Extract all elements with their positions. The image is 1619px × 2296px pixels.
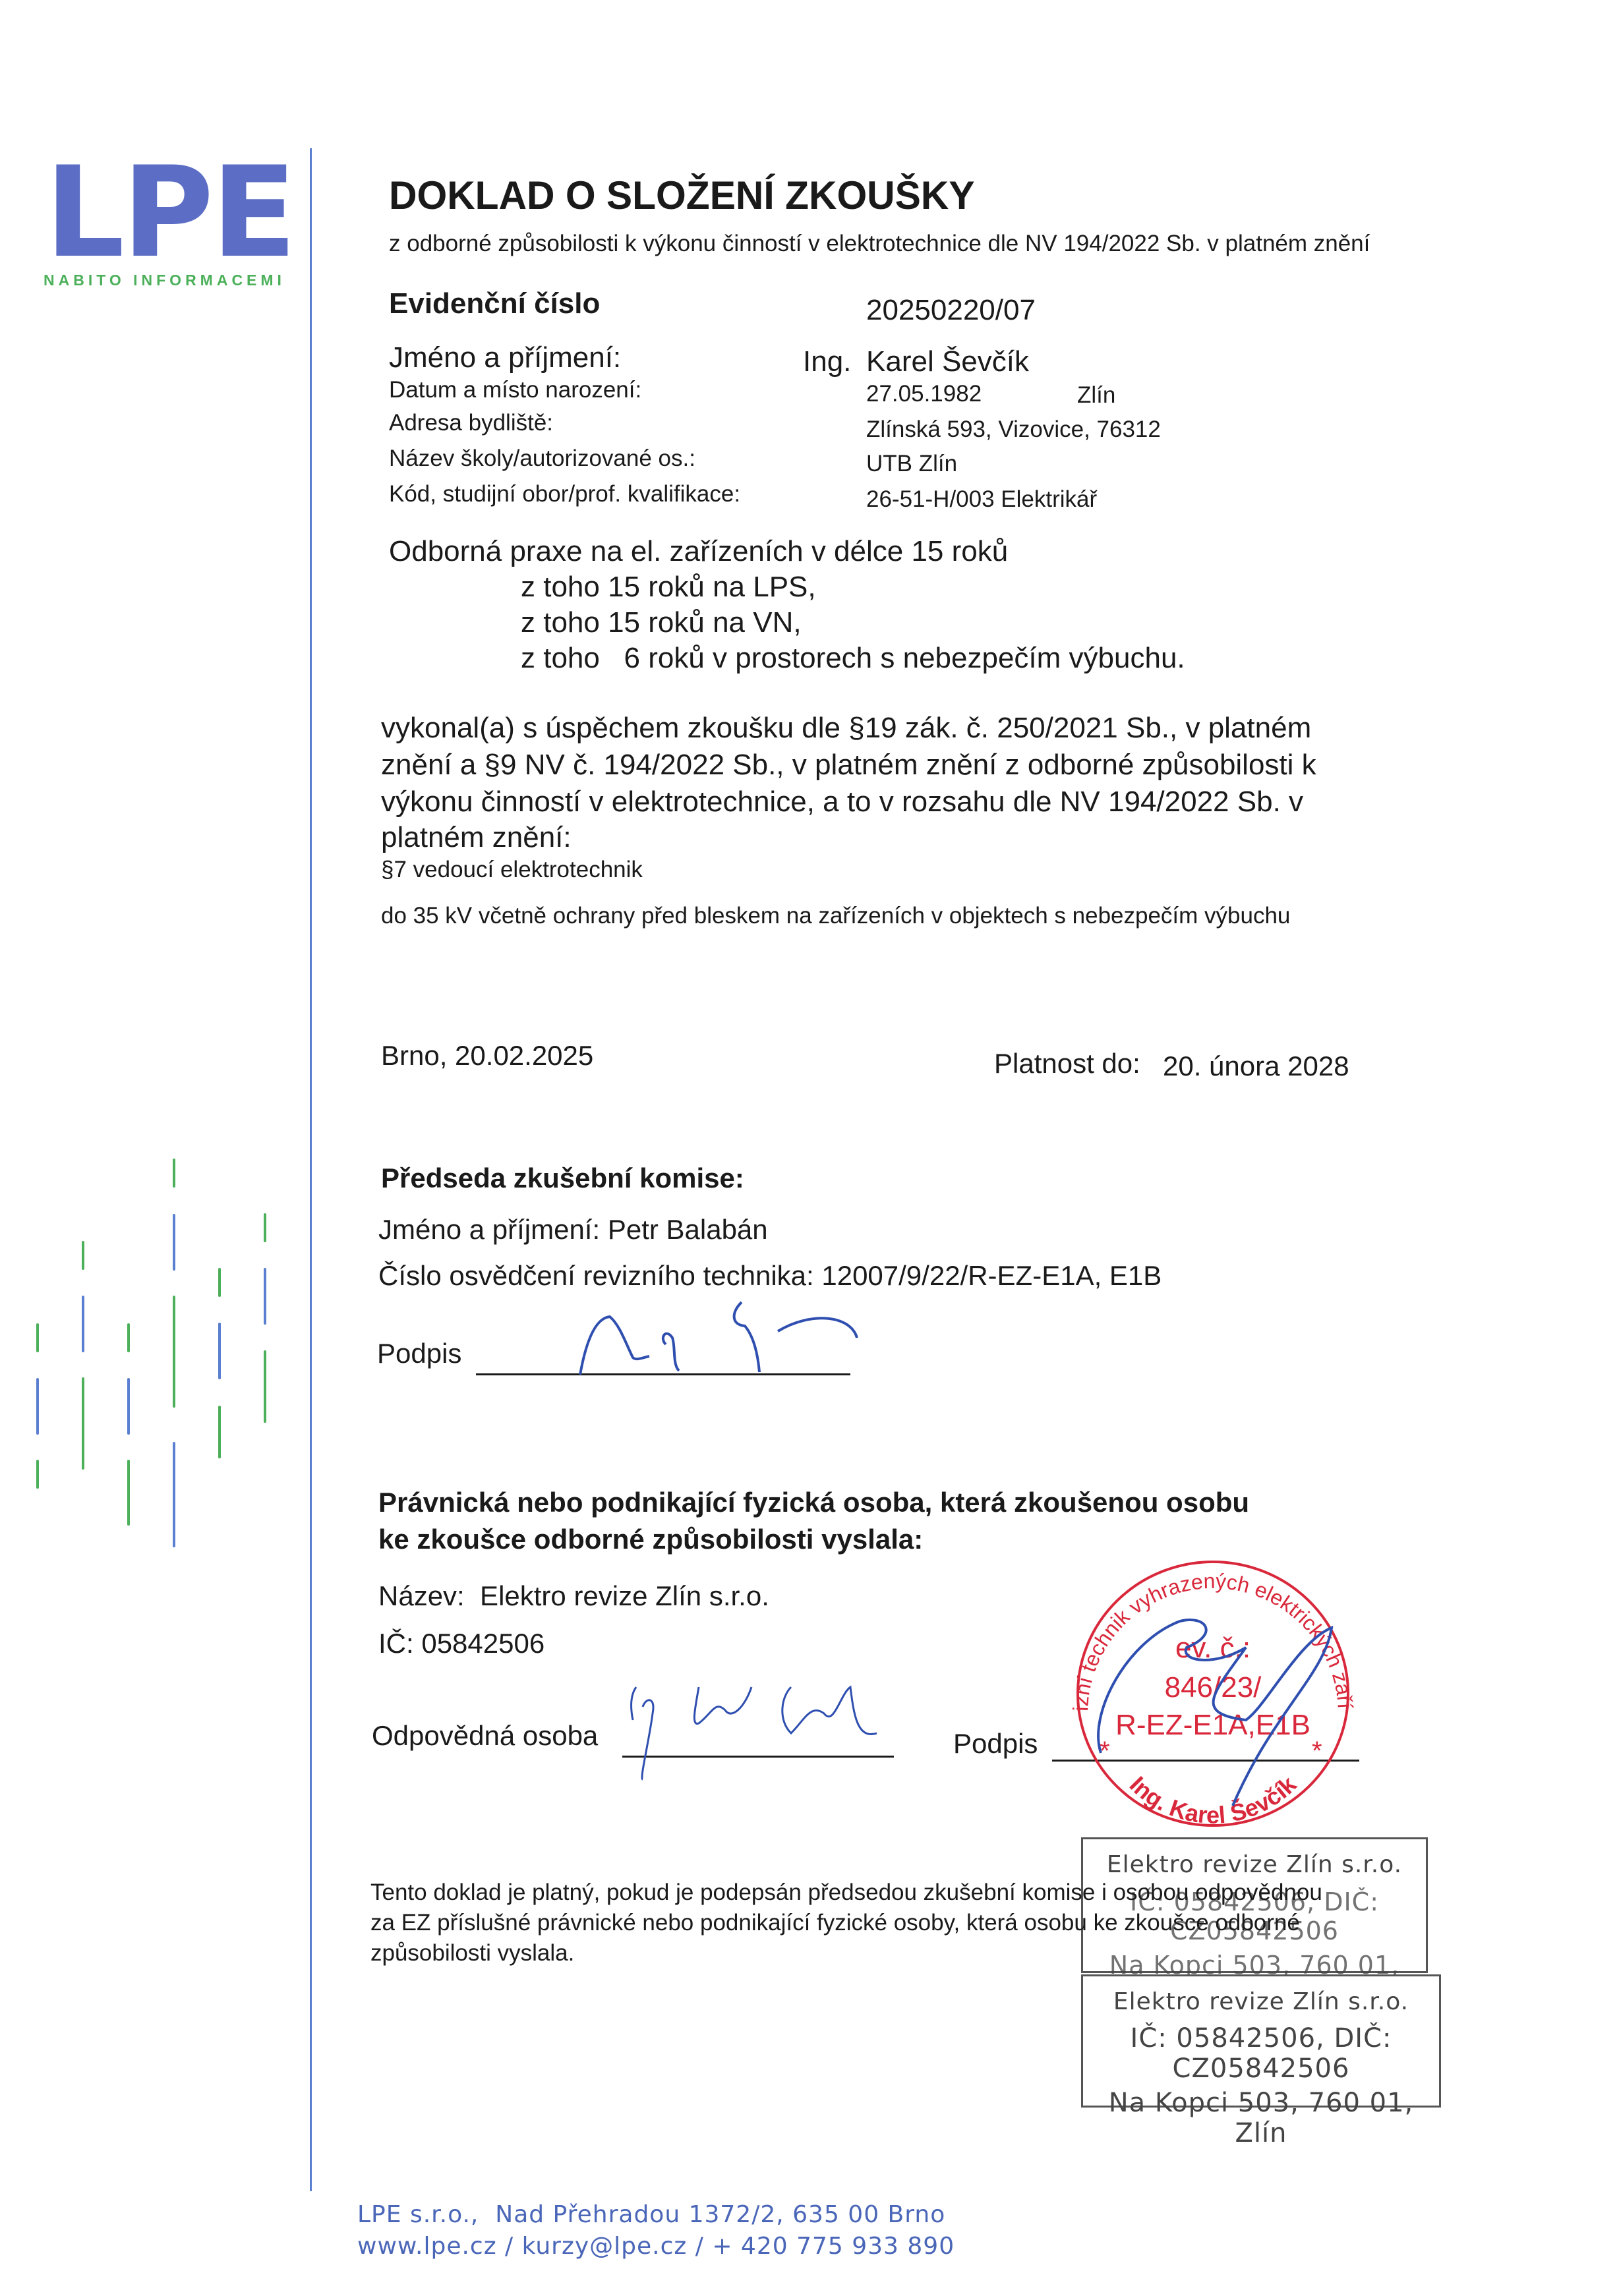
footer-address: LPE s.r.o., Nad Přehradou 1372/2, 635 00… bbox=[357, 2201, 945, 2228]
validity-note-line: Tento doklad je platný, pokud je podepsá… bbox=[370, 1880, 1322, 1906]
extent-text: do 35 kV včetně ochrany před bleskem na … bbox=[381, 903, 1290, 929]
code-label: Kód, studijní obor/prof. kvalifikace: bbox=[389, 481, 740, 507]
name-value: Karel Ševčík bbox=[866, 345, 1029, 378]
company-stamp-name: Elektro revize Zlín s.r.o. bbox=[1083, 1851, 1426, 1878]
round-stamp: Revizní technik vyhrazených elektrických… bbox=[1048, 1542, 1378, 1832]
company-stamp-address: Na Kopci 503, 760 01, Zlín bbox=[1083, 2088, 1439, 2148]
deco-bar bbox=[173, 1214, 175, 1271]
logo-tagline: NABITO INFORMACEMI bbox=[44, 272, 285, 289]
evidence-number-value: 20250220/07 bbox=[866, 294, 1036, 327]
deco-bar bbox=[127, 1460, 130, 1526]
vertical-divider bbox=[310, 148, 312, 2191]
responsible-person-line bbox=[622, 1756, 894, 1758]
deco-bar bbox=[82, 1377, 84, 1470]
deco-bar bbox=[127, 1378, 130, 1435]
chairman-name: Jméno a příjmení: Petr Balabán bbox=[378, 1214, 768, 1246]
deco-bar bbox=[36, 1460, 39, 1489]
company-stamp-ids: IČ: 05842506, DIČ: CZ05842506 bbox=[1083, 2023, 1439, 2084]
birth-date: 27.05.1982 bbox=[866, 381, 982, 407]
chairman-certificate: Číslo osvědčení revizního technika: 1200… bbox=[378, 1260, 1162, 1292]
statement-line: výkonu činností v elektrotechnice, a to … bbox=[381, 786, 1303, 818]
deco-bar bbox=[218, 1406, 221, 1458]
issue-place-date: Brno, 20.02.2025 bbox=[381, 1040, 593, 1072]
document-title: DOKLAD O SLOŽENÍ ZKOUŠKY bbox=[389, 173, 975, 218]
birth-place: Zlín bbox=[1077, 382, 1115, 409]
code-value: 26-51-H/003 Elektrikář bbox=[866, 486, 1097, 513]
deco-bar bbox=[173, 1442, 175, 1547]
validity-note-line: způsobilosti vyslala. bbox=[370, 1940, 574, 1966]
deco-bar bbox=[36, 1323, 39, 1352]
sender-signature-label: Podpis bbox=[953, 1728, 1038, 1760]
document-subtitle: z odborné způsobilosti k výkonu činností… bbox=[389, 231, 1370, 257]
stamp-outer-bottom: Ing. Karel Ševčík bbox=[1125, 1770, 1302, 1828]
validity-label: Platnost do: bbox=[994, 1048, 1140, 1079]
birth-label: Datum a místo narození: bbox=[389, 377, 641, 403]
deco-bar bbox=[173, 1159, 175, 1188]
deco-bar bbox=[82, 1296, 84, 1352]
chairman-signature-label: Podpis bbox=[377, 1338, 461, 1369]
sender-name: Název: Elektro revize Zlín s.r.o. bbox=[378, 1580, 769, 1612]
address-value: Zlínská 593, Vizovice, 76312 bbox=[866, 416, 1161, 443]
validity-value: 20. února 2028 bbox=[1163, 1050, 1349, 1082]
address-label: Adresa bydliště: bbox=[389, 410, 553, 436]
deco-bar bbox=[36, 1378, 39, 1435]
statement-line: znění a §9 NV č. 194/2022 Sb., v platném… bbox=[381, 749, 1316, 782]
scope-text: §7 vedoucí elektrotechnik bbox=[381, 857, 643, 883]
school-value: UTB Zlín bbox=[866, 451, 957, 477]
lpe-logo: LPE bbox=[45, 150, 294, 275]
footer-contacts: www.lpe.cz / kurzy@lpe.cz / + 420 775 93… bbox=[357, 2233, 955, 2260]
validity-note-line: za EZ příslušné právnické nebo podnikají… bbox=[370, 1910, 1300, 1936]
practice-main: Odborná praxe na el. zařízeních v délce … bbox=[389, 535, 1008, 568]
name-prefix: Ing. bbox=[803, 345, 851, 378]
chairman-signature-line bbox=[476, 1373, 850, 1375]
responsible-person-label: Odpovědná osoba bbox=[372, 1720, 598, 1752]
company-stamp-name: Elektro revize Zlín s.r.o. bbox=[1083, 1988, 1439, 2015]
stamp-line-3: R-EZ-E1A,E1B bbox=[1115, 1709, 1310, 1741]
company-stamp: Elektro revize Zlín s.r.o. IČ: 05842506,… bbox=[1081, 1974, 1441, 2108]
name-label: Jméno a příjmení: bbox=[389, 341, 621, 374]
deco-bar bbox=[264, 1213, 266, 1242]
practice-line: z toho 15 roků na VN, bbox=[521, 606, 802, 639]
statement-line: platném znění: bbox=[381, 821, 572, 854]
deco-bar bbox=[264, 1268, 266, 1325]
sender-heading: Právnická nebo podnikající fyzická osoba… bbox=[378, 1487, 1249, 1518]
deco-bar bbox=[218, 1323, 221, 1379]
statement-line: vykonal(a) s úspěchem zkoušku dle §19 zá… bbox=[381, 712, 1311, 745]
deco-bar bbox=[127, 1323, 130, 1352]
practice-line: z toho 15 roků na LPS, bbox=[521, 571, 816, 604]
evidence-number-label: Evidenční číslo bbox=[389, 287, 600, 320]
deco-bar bbox=[264, 1350, 266, 1423]
chairman-heading: Předseda zkušební komise: bbox=[381, 1162, 744, 1194]
svg-text:Ing. Karel Ševčík: Ing. Karel Ševčík bbox=[1125, 1770, 1302, 1828]
deco-bar bbox=[218, 1268, 221, 1297]
sender-heading: ke zkoušce odborné způsobilosti vyslala: bbox=[378, 1524, 923, 1555]
stamp-star: * bbox=[1312, 1736, 1322, 1765]
deco-bar bbox=[82, 1241, 84, 1270]
practice-line: z toho 6 roků v prostorech s nebezpečím … bbox=[521, 642, 1185, 675]
school-label: Název školy/autorizované os.: bbox=[389, 445, 695, 472]
sender-ic: IČ: 05842506 bbox=[378, 1628, 545, 1659]
deco-bar bbox=[173, 1296, 175, 1408]
